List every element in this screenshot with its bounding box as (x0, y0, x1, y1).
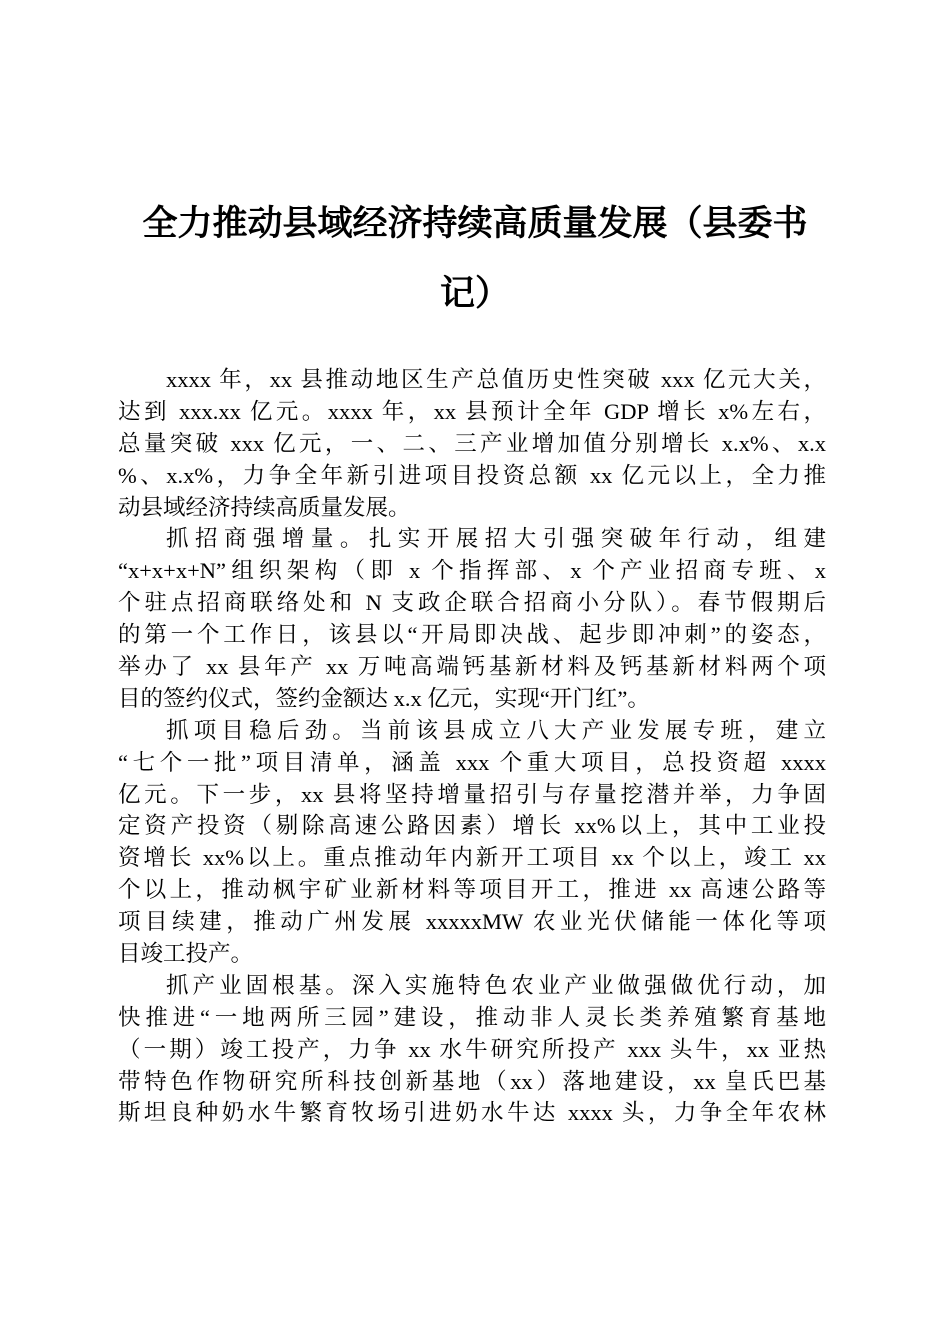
text-line: 总量突破 xxx 亿元，一、二、三产业增加值分别增长 x.x%、x.x (118, 428, 826, 460)
text-line: 举办了 xx 县年产 xx 万吨高端钙基新材料及钙基新材料两个项 (118, 651, 826, 683)
text-line: 带特色作物研究所科技创新基地（xx）落地建设，xx 皇氏巴基 (118, 1066, 826, 1098)
text-line: 达到 xxx.xx 亿元。xxxx 年，xx 县预计全年 GDP 增长 x%左右… (118, 396, 826, 428)
text-line: 资增长 xx%以上。重点推动年内新开工项目 xx 个以上，竣工 xx (118, 842, 826, 874)
text-line: 斯坦良种奶水牛繁育牧场引进奶水牛达 xxxx 头，力争全年农林 (118, 1097, 826, 1129)
document-body: xxxx 年，xx 县推动地区生产总值历史性突破 xxx 亿元大关， 达到 xx… (118, 364, 826, 1129)
text-line: 目竣工投产。 (118, 938, 826, 970)
paragraph-investment-attraction: 抓招商强增量。扎实开展招大引强突破年行动，组建 “x+x+x+N”组织架构（即 … (118, 523, 826, 714)
text-line: 快推进“一地两所三园”建设，推动非人灵长类养殖繁育基地 (118, 1002, 826, 1034)
text-line: 动县域经济持续高质量发展。 (118, 492, 826, 524)
text-line: “七个一批”项目清单，涵盖 xxx 个重大项目，总投资超 xxxx (118, 747, 826, 779)
document-page: 全力推动县域经济持续高质量发展（县委书 记） xxxx 年，xx 县推动地区生产… (0, 0, 950, 1344)
document-title-line-1: 全力推动县域经济持续高质量发展（县委书 (0, 196, 950, 246)
text-line: %、x.x%，力争全年新引进项目投资总额 xx 亿元以上，全力推 (118, 460, 826, 492)
text-line: 个以上，推动枫宇矿业新材料等项目开工，推进 xx 高速公路等 (118, 874, 826, 906)
paragraph-projects: 抓项目稳后劲。当前该县成立八大产业发展专班，建立 “七个一批”项目清单，涵盖 x… (118, 715, 826, 970)
text-line: 个驻点招商联络处和 N 支政企联合招商小分队）。春节假期后 (118, 587, 826, 619)
text-line: （一期）竣工投产，力争 xx 水牛研究所投产 xxx 头牛，xx 亚热 (118, 1034, 826, 1066)
text-line: 亿元。下一步，xx 县将坚持增量招引与存量挖潜并举，力争固 (118, 779, 826, 811)
text-line: 的第一个工作日，该县以“开局即决战、起步即冲刺”的姿态， (118, 619, 826, 651)
text-line: 抓项目稳后劲。当前该县成立八大产业发展专班，建立 (118, 715, 826, 747)
text-line: 项目续建，推动广州发展 xxxxxMW 农业光伏储能一体化等项 (118, 906, 826, 938)
text-line: 目的签约仪式，签约金额达 x.x 亿元，实现“开门红”。 (118, 683, 826, 715)
paragraph-summary: xxxx 年，xx 县推动地区生产总值历史性突破 xxx 亿元大关， 达到 xx… (118, 364, 826, 523)
text-line: 抓招商强增量。扎实开展招大引强突破年行动，组建 (118, 523, 826, 555)
paragraph-industry: 抓产业固根基。深入实施特色农业产业做强做优行动，加 快推进“一地两所三园”建设，… (118, 970, 826, 1129)
text-line: “x+x+x+N”组织架构（即 x 个指挥部、x 个产业招商专班、x (118, 555, 826, 587)
document-title-line-2: 记） (0, 266, 950, 316)
text-line: 抓产业固根基。深入实施特色农业产业做强做优行动，加 (118, 970, 826, 1002)
text-line: 定资产投资（剔除高速公路因素）增长 xx%以上，其中工业投 (118, 810, 826, 842)
text-line: xxxx 年，xx 县推动地区生产总值历史性突破 xxx 亿元大关， (118, 364, 826, 396)
